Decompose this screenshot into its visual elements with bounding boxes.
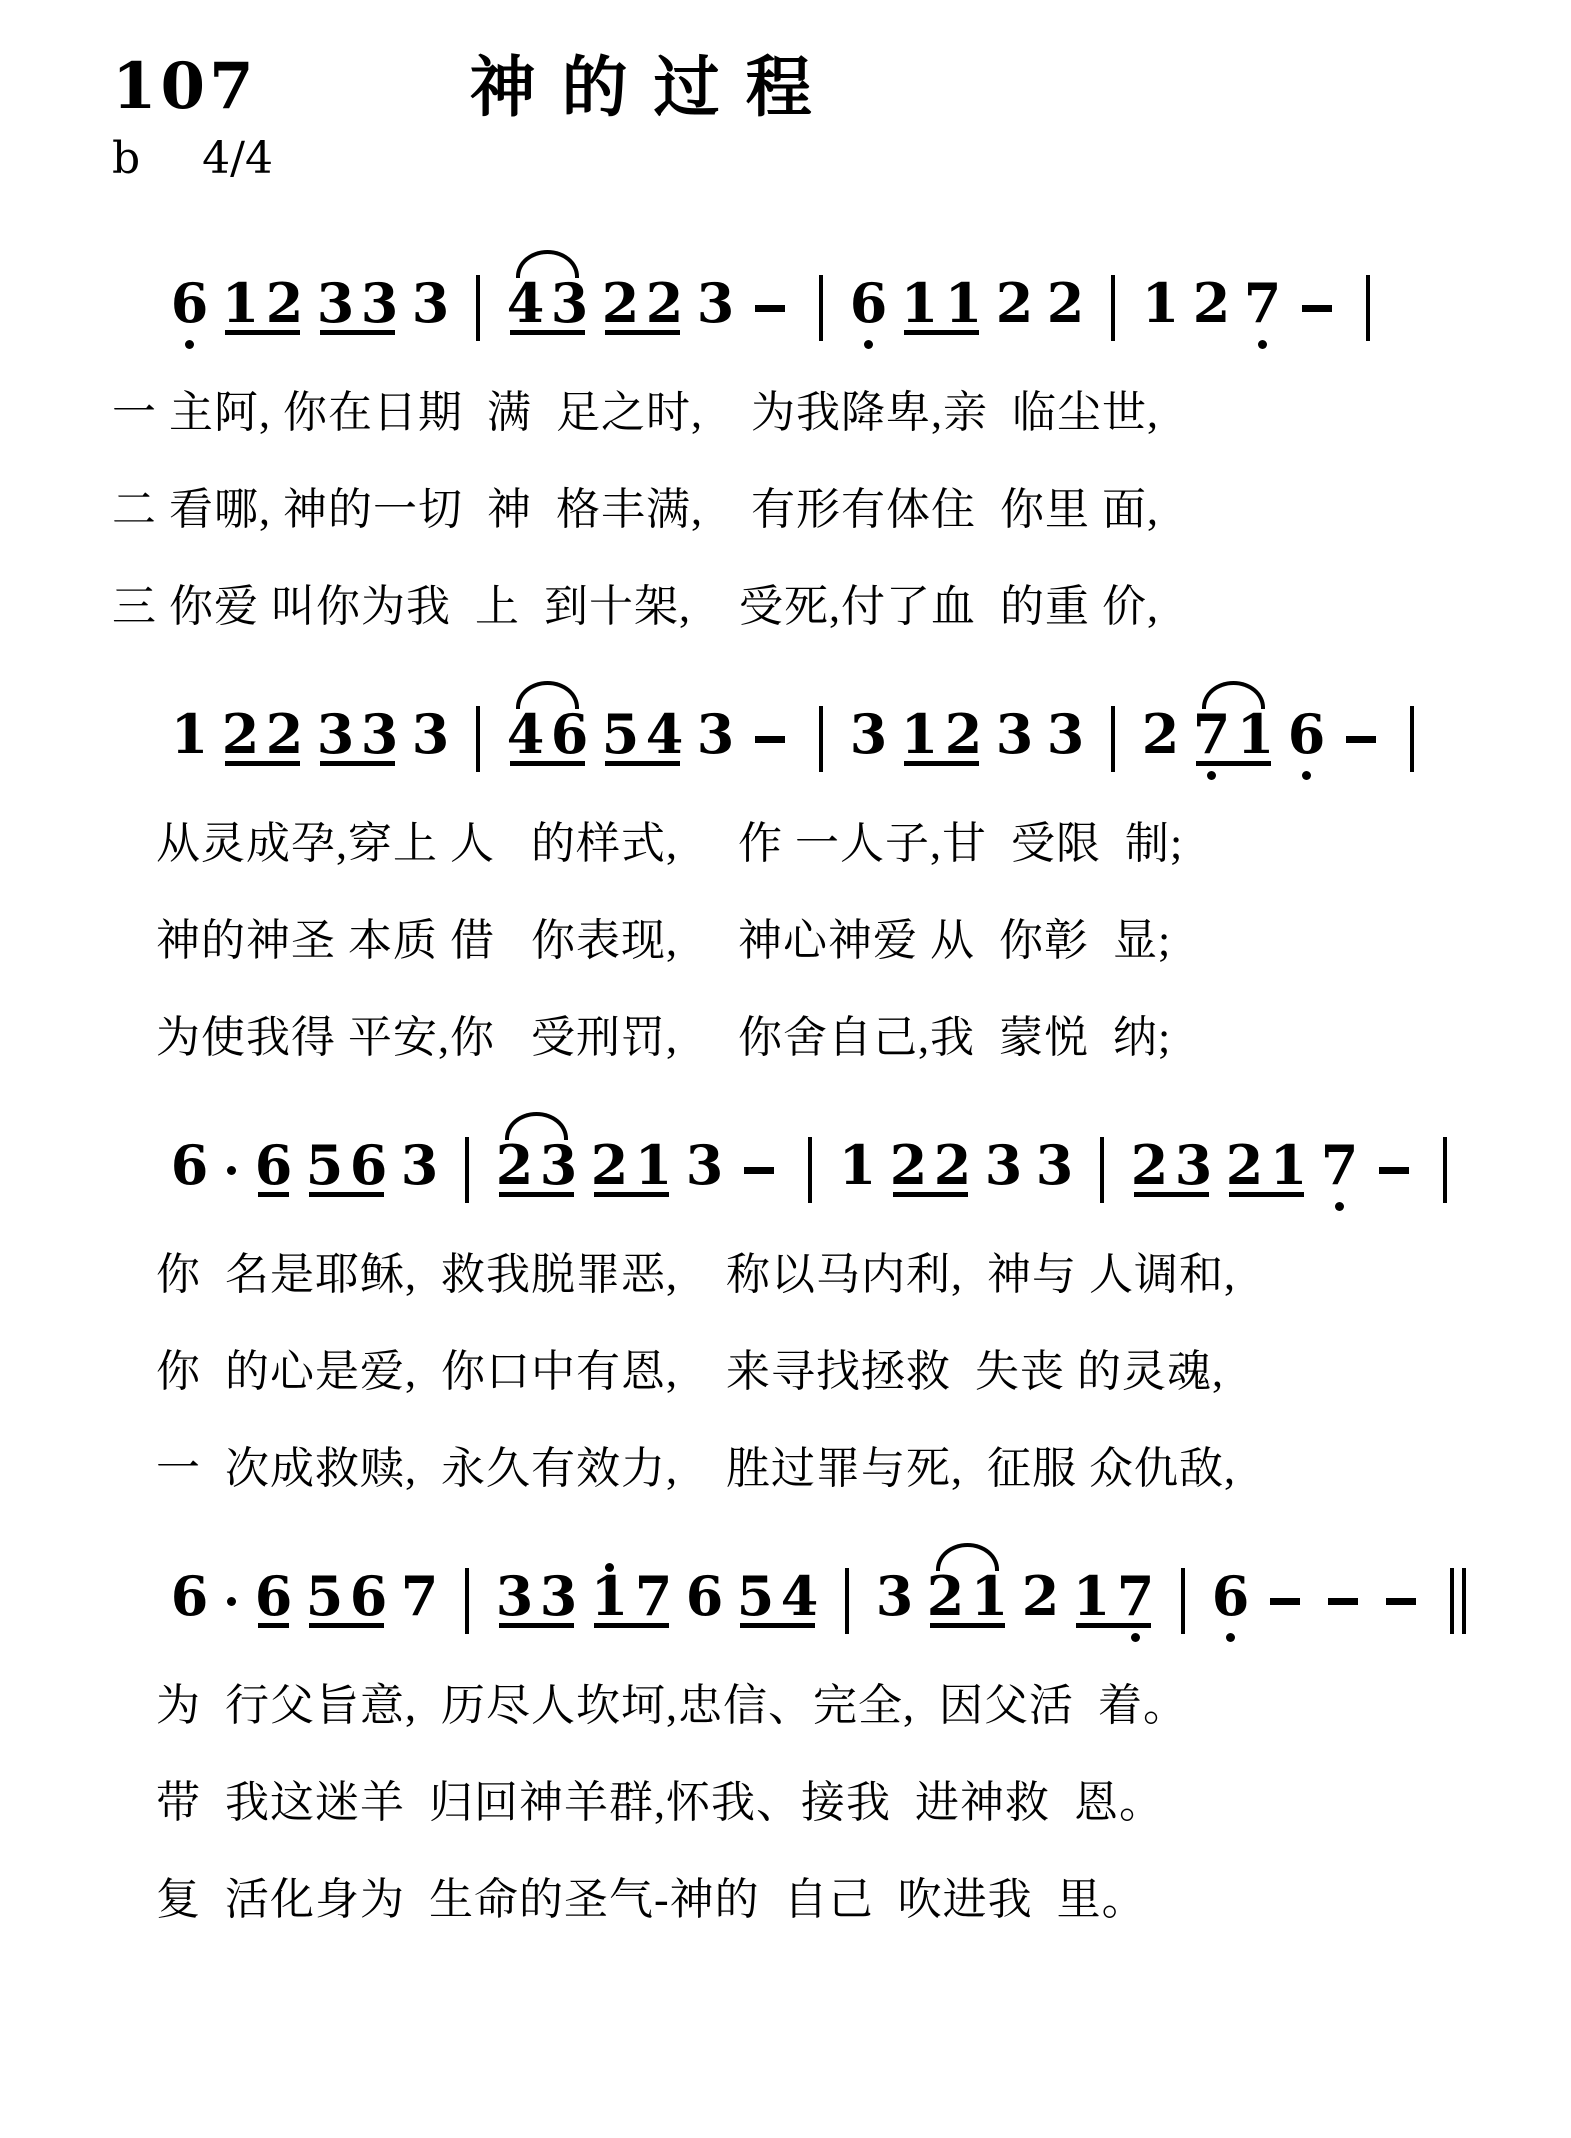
stanza-2: 12233346543312332716 从灵成孕,穿上 人 的样式, 作 一人…	[112, 695, 1511, 1086]
note-digit: 3	[999, 710, 1030, 758]
note: 3	[999, 695, 1030, 783]
music-line: 12233346543312332716	[174, 695, 1511, 783]
note-digit: 6	[353, 1572, 384, 1620]
note: 1	[1145, 264, 1176, 352]
beam-group: 33	[320, 695, 395, 783]
page-title: 神的过程	[470, 52, 838, 126]
note: 1	[174, 695, 205, 783]
note-digit: 7	[1196, 710, 1227, 758]
note-digit: 2	[930, 1572, 961, 1620]
octave-dot-low	[1335, 1202, 1344, 1211]
key-signature: b	[112, 133, 140, 184]
music-line: 6123334322361122127	[174, 264, 1511, 352]
note-digit: 2	[1229, 1141, 1260, 1189]
beam-group: 21	[930, 1557, 1005, 1645]
barline	[476, 706, 480, 772]
lyric-line: 为 行父旨意, 历尽人坎坷,忠信、完全, 因父活 着。	[112, 1657, 1511, 1754]
beam-group: 23	[1134, 1126, 1209, 1214]
note-digit: 3	[554, 279, 585, 327]
note-digit: 6	[174, 279, 205, 327]
note-digit: 1	[594, 1572, 625, 1620]
note-digit: 3	[320, 710, 351, 758]
note-digit: 6	[853, 279, 884, 327]
slur	[516, 250, 579, 278]
barline	[808, 1137, 812, 1203]
barline	[845, 1568, 849, 1634]
note: 2	[1050, 264, 1081, 352]
beam-group: 11	[904, 264, 979, 352]
note: 6	[174, 264, 205, 352]
note-digit: 2	[594, 1141, 625, 1189]
duration-dash	[1386, 1598, 1416, 1605]
note-digit: 3	[364, 710, 395, 758]
note-digit: 6	[258, 1572, 289, 1620]
octave-dot-low	[864, 340, 873, 349]
note-digit: 7	[404, 1572, 435, 1620]
barline	[465, 1137, 469, 1203]
stanza-1: 6123334322361122127 一 主阿, 你在日期 满 足之时, 为我…	[112, 264, 1511, 655]
note-digit: 3	[1050, 710, 1081, 758]
time-signature: 4/4	[202, 133, 273, 184]
barline-stroke	[1450, 1568, 1454, 1634]
note: 6	[1291, 695, 1322, 783]
octave-dot-low	[1207, 771, 1216, 780]
beam-group: 22	[605, 264, 680, 352]
beam-group: 43	[510, 264, 585, 352]
beam-group: 71	[1196, 695, 1271, 783]
note-digit: 5	[309, 1141, 340, 1189]
note-digit: 4	[784, 1572, 815, 1620]
note: 6	[689, 1557, 720, 1645]
note-digit: 7	[1247, 279, 1278, 327]
note: 3	[1039, 1126, 1070, 1214]
note: 2	[1196, 264, 1227, 352]
note: 3	[415, 264, 446, 352]
note-digit: 3	[853, 710, 884, 758]
lyric-line: 从灵成孕,穿上 人 的样式, 作 一人子,甘 受限 制;	[112, 795, 1511, 892]
duration-dash	[1328, 1598, 1358, 1605]
note-digit: 6	[1291, 710, 1322, 758]
note-digit: 3	[415, 279, 446, 327]
note: 3	[988, 1126, 1019, 1214]
key-time-row: b4/4	[112, 132, 1511, 186]
beam-group: 6	[258, 1126, 289, 1214]
beam-group: 17	[1076, 1557, 1151, 1645]
note-digit: 3	[1039, 1141, 1070, 1189]
beam-group: 12	[225, 264, 300, 352]
note-digit: 3	[1178, 1141, 1209, 1189]
note: 3	[853, 695, 884, 783]
note-digit: 2	[1145, 710, 1176, 758]
note: 2	[1025, 1557, 1056, 1645]
augmentation-dot	[227, 1597, 236, 1606]
note: 7	[404, 1557, 435, 1645]
stanza-4: 6656733176543212176 为 行父旨意, 历尽人坎坷,忠信、完全,…	[112, 1557, 1511, 1948]
note-digit: 3	[415, 710, 446, 758]
duration-dash	[1270, 1598, 1300, 1605]
music-line: 6656733176543212176	[174, 1557, 1511, 1645]
note-digit: 2	[269, 279, 300, 327]
lyric-line: 三 你爱 叫你为我 上 到十架, 受死,付了血 的重 价,	[112, 558, 1511, 655]
beam-group: 54	[740, 1557, 815, 1645]
note-digit: 2	[1196, 279, 1227, 327]
note-digit: 1	[1273, 1141, 1304, 1189]
barline	[1366, 275, 1370, 341]
lyric-line: 一 次成救赎, 永久有效力, 胜过罪与死, 征服 众仇敌,	[112, 1420, 1511, 1517]
note-digit: 5	[605, 710, 636, 758]
note-digit: 2	[1134, 1141, 1165, 1189]
beam-group: 21	[1229, 1126, 1304, 1214]
note: 3	[1050, 695, 1081, 783]
note: 3	[879, 1557, 910, 1645]
note-digit: 6	[554, 710, 585, 758]
note-digit: 1	[1240, 710, 1271, 758]
note-digit: 2	[948, 710, 979, 758]
note-digit: 6	[1215, 1572, 1246, 1620]
note-digit: 6	[353, 1141, 384, 1189]
note-digit: 1	[174, 710, 205, 758]
note-digit: 6	[174, 1572, 205, 1620]
header: 107 神的过程	[112, 52, 1511, 126]
barline	[1111, 706, 1115, 772]
lyric-line: 带 我这迷羊 归回神羊群,怀我、接我 进神救 恩。	[112, 1754, 1511, 1851]
note-digit: 3	[499, 1572, 530, 1620]
lyric-line: 神的神圣 本质 借 你表现, 神心神爱 从 你彰 显;	[112, 892, 1511, 989]
beam-group: 21	[594, 1126, 669, 1214]
note-digit: 2	[269, 710, 300, 758]
note-digit: 3	[700, 710, 731, 758]
note-digit: 2	[999, 279, 1030, 327]
lyric-line: 你 的心是爱, 你口中有恩, 来寻找拯救 失丧 的灵魂,	[112, 1323, 1511, 1420]
note-digit: 1	[638, 1141, 669, 1189]
beam-group: 22	[893, 1126, 968, 1214]
hymn-page: 107 神的过程 b4/4 6123334322361122127 一 主阿, …	[0, 0, 1571, 1948]
octave-dot-low	[185, 340, 194, 349]
lyric-line: 一 主阿, 你在日期 满 足之时, 为我降卑,亲 临尘世,	[112, 364, 1511, 461]
beam-group: 17	[594, 1557, 669, 1645]
note: 6	[1215, 1557, 1246, 1645]
note-digit: 3	[404, 1141, 435, 1189]
note-digit: 6	[689, 1572, 720, 1620]
slur	[936, 1543, 999, 1571]
note: 2	[1145, 695, 1176, 783]
note-digit: 4	[510, 710, 541, 758]
note: 6	[174, 1557, 205, 1645]
slur	[505, 1112, 568, 1140]
beam-group: 33	[320, 264, 395, 352]
lyric-line: 你 名是耶稣, 救我脱罪恶, 称以马内利, 神与 人调和,	[112, 1226, 1511, 1323]
lyric-line: 为使我得 平安,你 受刑罚, 你舍自己,我 蒙悦 纳;	[112, 989, 1511, 1086]
note-digit: 1	[948, 279, 979, 327]
note-digit: 6	[174, 1141, 205, 1189]
note-digit: 2	[893, 1141, 924, 1189]
note-digit: 2	[225, 710, 256, 758]
note-digit: 7	[638, 1572, 669, 1620]
barline	[476, 275, 480, 341]
note: 3	[700, 695, 731, 783]
note-digit: 2	[649, 279, 680, 327]
duration-dash	[1302, 305, 1332, 312]
note: 2	[999, 264, 1030, 352]
note-digit: 3	[988, 1141, 1019, 1189]
note-digit: 1	[1076, 1572, 1107, 1620]
note-digit: 3	[364, 279, 395, 327]
lyric-line: 二 看哪, 神的一切 神 格丰满, 有形有体住 你里 面,	[112, 461, 1511, 558]
note-digit: 5	[740, 1572, 771, 1620]
note: 3	[700, 264, 731, 352]
beam-group: 12	[904, 695, 979, 783]
note-digit: 4	[649, 710, 680, 758]
duration-dash	[744, 1167, 774, 1174]
note-digit: 3	[543, 1572, 574, 1620]
barline	[1111, 275, 1115, 341]
beam-group: 56	[309, 1126, 384, 1214]
note: 3	[415, 695, 446, 783]
slur	[1202, 681, 1265, 709]
note-digit: 3	[320, 279, 351, 327]
beam-group: 56	[309, 1557, 384, 1645]
note-digit: 3	[879, 1572, 910, 1620]
note-digit: 7	[1324, 1141, 1355, 1189]
barline	[1443, 1137, 1447, 1203]
note-digit: 3	[700, 279, 731, 327]
note: 7	[1324, 1126, 1355, 1214]
beam-group: 6	[258, 1557, 289, 1645]
note: 3	[404, 1126, 435, 1214]
note-digit: 1	[1145, 279, 1176, 327]
music-line: 66563232131223323217	[174, 1126, 1511, 1214]
note-digit: 1	[225, 279, 256, 327]
note-digit: 4	[510, 279, 541, 327]
octave-dot-low	[1226, 1633, 1235, 1642]
note-digit: 1	[904, 279, 935, 327]
barline-stroke	[1462, 1568, 1466, 1634]
duration-dash	[755, 736, 785, 743]
stanza-3: 66563232131223323217 你 名是耶稣, 救我脱罪恶, 称以马内…	[112, 1126, 1511, 1517]
barline	[819, 275, 823, 341]
note: 1	[842, 1126, 873, 1214]
beam-group: 23	[499, 1126, 574, 1214]
duration-dash	[1379, 1167, 1409, 1174]
note-digit: 5	[309, 1572, 340, 1620]
note-digit: 1	[904, 710, 935, 758]
barline	[1181, 1568, 1185, 1634]
beam-group: 22	[225, 695, 300, 783]
barline	[1100, 1137, 1104, 1203]
note-digit: 1	[974, 1572, 1005, 1620]
note: 6	[853, 264, 884, 352]
note-digit: 1	[842, 1141, 873, 1189]
augmentation-dot	[227, 1166, 236, 1175]
slur	[516, 681, 579, 709]
beam-group: 54	[605, 695, 680, 783]
note: 3	[689, 1126, 720, 1214]
note-digit: 7	[1120, 1572, 1151, 1620]
hymn-number: 107	[112, 52, 258, 122]
duration-dash	[755, 305, 785, 312]
barline	[1410, 706, 1414, 772]
octave-dot-low	[1131, 1633, 1140, 1642]
note-digit: 2	[499, 1141, 530, 1189]
note-digit: 6	[258, 1141, 289, 1189]
final-barline	[1450, 1568, 1466, 1634]
beam-group: 33	[499, 1557, 574, 1645]
duration-dash	[1346, 736, 1376, 743]
note-digit: 2	[1025, 1572, 1056, 1620]
note: 7	[1247, 264, 1278, 352]
note-digit: 2	[605, 279, 636, 327]
note: 6	[174, 1126, 205, 1214]
barline	[819, 706, 823, 772]
note-digit: 3	[543, 1141, 574, 1189]
octave-dot-low	[1258, 340, 1267, 349]
beam-group: 46	[510, 695, 585, 783]
note-digit: 3	[689, 1141, 720, 1189]
octave-dot-low	[1302, 771, 1311, 780]
lyric-line: 复 活化身为 生命的圣气-神的 自己 吹进我 里。	[112, 1851, 1511, 1948]
barline	[465, 1568, 469, 1634]
note-digit: 2	[1050, 279, 1081, 327]
note-digit: 2	[937, 1141, 968, 1189]
